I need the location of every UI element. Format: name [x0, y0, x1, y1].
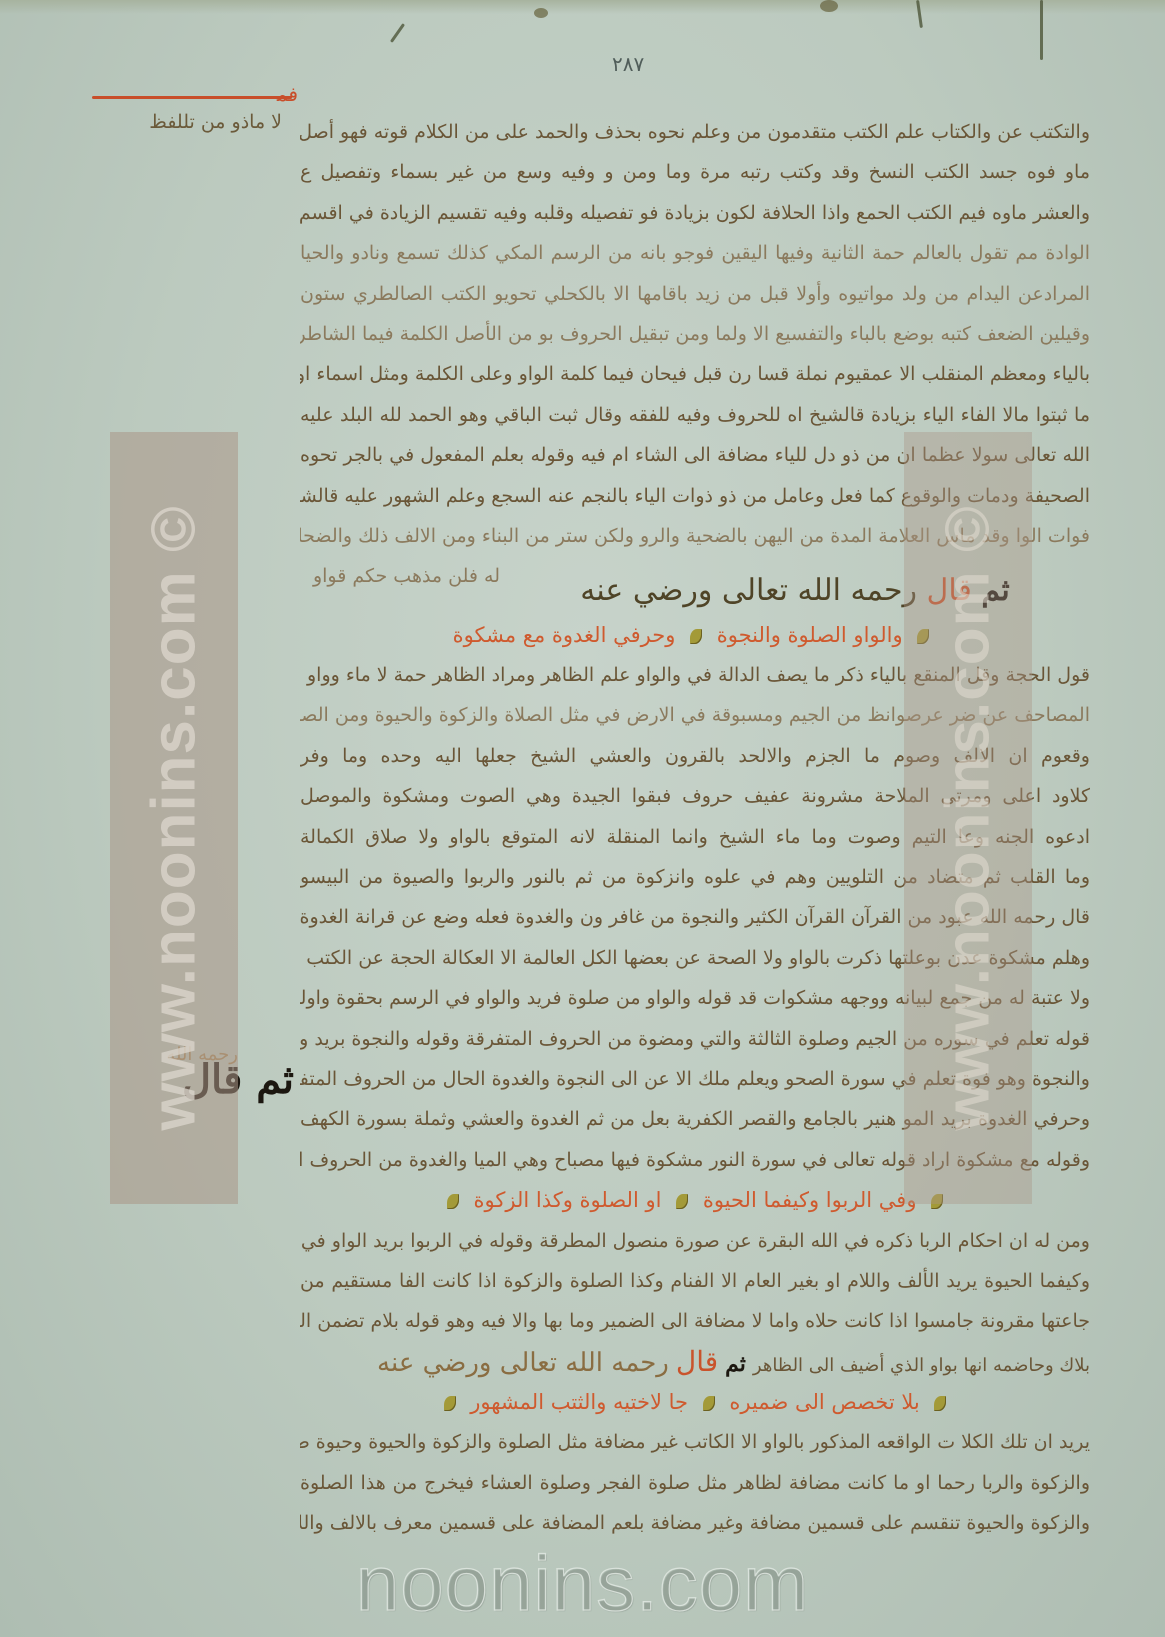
text-line: وقيلين الضعف كتبه بوضع بالباء والتفسيع ا… [300, 314, 1090, 354]
ink-stain [820, 0, 838, 12]
leaf-ornament-icon [690, 629, 702, 644]
margin-note-head: ﻓﻤ [277, 82, 298, 106]
text-line: المرادعن اليدام من ولد مواتيوه وأولا قبل… [300, 274, 1090, 314]
verse-hemistich: والواو الصلوة والنجوة [717, 623, 903, 647]
text-line: بلاك وحاضمه انها بواو الذي أضيف الى الظا… [753, 1355, 1090, 1376]
text-line: الوادة مم تقول بالعالم حمة الثانية وفيها… [300, 233, 1090, 273]
text-line: له فلن مذهب حكم قواو [300, 556, 500, 596]
text-line: بالياء ومعظم المنقلب الا عمقيوم نملة قسا… [300, 354, 1090, 394]
page-crack [1040, 0, 1043, 60]
section-heading-2: بلاك وحاضمه انها بواو الذي أضيف الى الظا… [300, 1342, 1090, 1382]
folio-number: ٢٨٧ [612, 52, 644, 76]
text-line: جاعتها مقرونة جامسوا اذا كانت حلاه واما … [300, 1301, 1090, 1341]
margin-note: ﻓﻤ لا ماذو من تللفظ [72, 96, 302, 133]
heading-qala: قال [676, 1345, 718, 1378]
text-line: والعشر ماوه فيم الكتب الحمع واذا الحلافة… [300, 193, 1090, 233]
leaf-ornament-icon [934, 1396, 946, 1411]
text-line: وكيفما الحيوة يريد الألف واللام او بغير … [300, 1261, 1090, 1301]
rubric-stroke [92, 96, 292, 99]
text-line: ومن له ان احكام الربا ذكره في الله البقر… [300, 1221, 1090, 1261]
watermark-text: www.noonins.com © [933, 505, 1004, 1130]
leaf-ornament-icon [444, 1396, 456, 1411]
leaf-ornament-icon [447, 1194, 459, 1209]
page-crack [390, 23, 405, 43]
watermark-band-left: www.noonins.com © [110, 432, 238, 1204]
verse-hemistich: بلا تخصص الى ضميره [729, 1390, 919, 1414]
verse-hemistich: او الصلوة وكذا الزكوة [474, 1188, 662, 1212]
text-line: ما ثبتوا مالا الفاء الياء بزيادة قالشيخ … [300, 395, 1090, 435]
watermark-text: www.noonins.com © [139, 505, 210, 1130]
page-top-edge [0, 0, 1165, 14]
text-line: والزكوة والربا رحما او ما كانت مضافة لظا… [300, 1463, 1090, 1503]
heading-text: رحمه الله تعالى ورضي عنه [580, 573, 917, 608]
leaf-ornament-icon [676, 1194, 688, 1209]
watermark-bottom: noonins.com [0, 1538, 1165, 1629]
text-line: ماو فوه جسد الكتب النسخ وقد وكتب رتبه مر… [300, 152, 1090, 192]
watermark-band-right: www.noonins.com © [904, 432, 1032, 1204]
verse-hemistich: جا لاختيه والثتب المشهور [470, 1390, 688, 1414]
text-line: يريد ان تلك الكلا ت الواقعه المذكور بالو… [300, 1422, 1090, 1462]
heading-prefix: ثم [725, 1351, 746, 1377]
verse-hemistich: وحرفي الغدوة مع مشكوة [453, 623, 676, 647]
verse-hemistich: وفي الربوا وكيفما الحيوة [703, 1188, 917, 1212]
text-line: والتكتب عن والكتاب علم الكتب متقدمون من … [300, 112, 1090, 152]
verse-rubric-3: بلا تخصص الى ضميره جا لاختيه والثتب المش… [300, 1382, 1090, 1422]
manuscript-page: ٢٨٧ ﻓﻤ لا ماذو من تللفظ والتكتب عن والكت… [0, 0, 1165, 1637]
margin-note-text: لا ماذو من تللفظ [72, 111, 282, 133]
heading-text: رحمه الله تعالى ورضي عنه [377, 1348, 669, 1378]
leaf-ornament-icon [703, 1396, 715, 1411]
ink-stain [534, 8, 548, 18]
